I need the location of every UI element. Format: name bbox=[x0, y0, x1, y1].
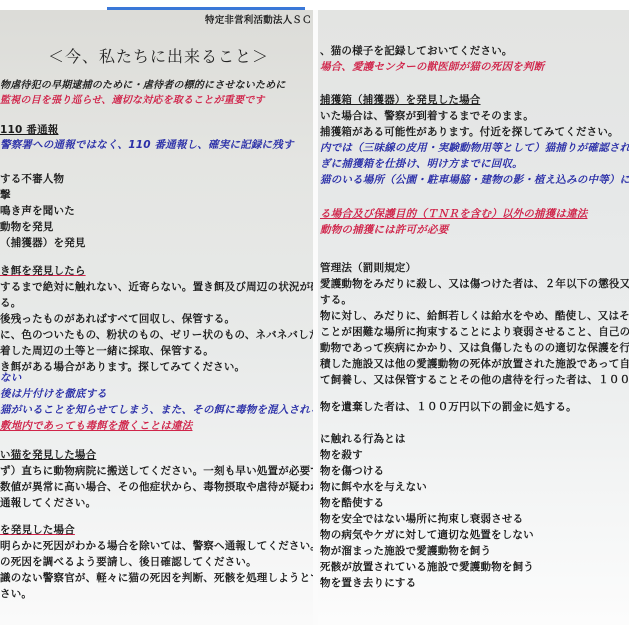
trap-warning: る場合及び保護目的（ＴＮＲを含む）以外の捕獲は違法 bbox=[320, 208, 588, 221]
trap-note: 猫のいる場所（公園・駐車場脇・建物の影・植え込みの中等）に仕掛け bbox=[320, 174, 629, 187]
list-item: 死骸が放置されている施設で愛護動物を飼う bbox=[320, 561, 534, 574]
paragraph-line: て飼養し、又は保管することその他の虐待を行った者は、１００万円以 bbox=[320, 374, 629, 387]
list-item: 物の病気やケガに対して適切な処置をしない bbox=[320, 529, 534, 542]
paragraph-line: の死因を調べるよう要請し、後日確認してください。 bbox=[0, 556, 257, 569]
list-item: 動物を発見 bbox=[0, 221, 54, 234]
trap-note: ぎに捕獲箱を仕掛け、明け方までに回収。 bbox=[320, 158, 523, 171]
trap-note: 内では（三味線の皮用・実験動物用等として）猫捕りが確認されてい bbox=[320, 142, 629, 155]
bait-note: 後は片付けを徹底する bbox=[0, 388, 107, 401]
paragraph-line: するまで絶対に触れない、近寄らない。置き餌及び周辺の状況が確認で bbox=[0, 281, 313, 294]
list-item: 物に餌や水を与えない bbox=[320, 481, 427, 494]
document-title: ＜今、私たちに出来ること＞ bbox=[48, 50, 269, 63]
paragraph-line: 識のない警察官が、軽々に猫の死因を判断、死骸を処理しようとするこ bbox=[0, 572, 313, 585]
paragraph-line: 明らかに死因がわかる場合を除いては、警察へ通報してください。 bbox=[0, 540, 313, 553]
paragraph-line: 、猫の様子を記録しておいてください。 bbox=[320, 45, 513, 58]
section-heading-bait: き餌を発見したら bbox=[0, 265, 86, 278]
paragraph-line: 捕獲箱がある可能性があります。付近を探してみてください。 bbox=[320, 126, 619, 139]
paragraph-line: に、色のついたもの、粉状のもの、ゼリー状のもの、ネバネバしたもの bbox=[0, 329, 313, 342]
paragraph-line: ず）直ちに動物病院に搬送してください。一刻も早い処置が必要です。 bbox=[0, 465, 313, 478]
paragraph-line: き餌がある場合があります。探してみてください。 bbox=[0, 361, 245, 374]
paragraph-line: ことが困難な場所に拘束することにより衰弱させること、自己の飼養 bbox=[320, 326, 629, 339]
document-page-right: 、猫の様子を記録しておいてください。 場合、愛護センターの獣医師が猫の死因を判断… bbox=[318, 10, 629, 625]
paragraph-line: 着した周辺の土等と一緒に採取、保管する。 bbox=[0, 345, 214, 358]
red-note: 場合、愛護センターの獣医師が猫の死因を判断 bbox=[320, 61, 544, 74]
subtitle: 物虐待犯の早期逮捕のために・虐待者の標的にさせないために bbox=[0, 79, 286, 92]
paragraph-line: 積した施設又は他の愛護動物の死体が放置された施設であって自己 bbox=[320, 358, 629, 371]
bait-warning: 敷地内であっても毒餌を撒くことは違法 bbox=[0, 420, 193, 433]
organization-name: 特定非営利活動法人ＳＣ bbox=[205, 14, 312, 27]
paragraph-line: 後残ったものがあればすべて回収し、保管する。 bbox=[0, 313, 235, 326]
list-item: 鳴き声を聞いた bbox=[0, 205, 75, 218]
list-item: 物を酷使する bbox=[320, 497, 384, 510]
list-item: 物を傷つける bbox=[320, 465, 384, 478]
bait-note: 猫がいることを知らせてしまう、また、その餌に毒物を混入される bbox=[0, 404, 313, 417]
list-item: （捕獲器）を発見 bbox=[0, 237, 86, 250]
paragraph-line: 通報してください。 bbox=[0, 497, 96, 510]
document-page-left: 特定非営利活動法人ＳＣ ＜今、私たちに出来ること＞ 物虐待犯の早期逮捕のために・… bbox=[0, 10, 313, 625]
paragraph-line: いた場合は、警察が到着するまでそのまま。 bbox=[320, 110, 534, 123]
paragraph-line: 愛護動物をみだりに殺し、又は傷つけた者は、２年以下の懲役又は２０ bbox=[320, 278, 629, 291]
paragraph-line: する。 bbox=[320, 294, 352, 307]
paragraph-line: さい。 bbox=[0, 588, 32, 601]
section-heading-110: 110 番通報 bbox=[0, 124, 58, 137]
trap-warning: 動物の捕獲には許可が必要 bbox=[320, 224, 448, 237]
paragraph-line: 動物であって疾病にかかり、又は負傷したものの適切な保護を行わな bbox=[320, 342, 629, 355]
paragraph-line: 物に対し、みだりに、給餌若しくは給水をやめ、酷使し、又はその健 bbox=[320, 310, 629, 323]
paragraph-line: る。 bbox=[0, 297, 21, 310]
paragraph-line: 物を遺棄した者は、１００万円以下の罰金に処する。 bbox=[320, 401, 577, 414]
section-heading-sick-cat: い猫を発見した場合 bbox=[0, 449, 96, 462]
list-item: 物を殺す bbox=[320, 449, 363, 462]
list-item: 物を置き去りにする bbox=[320, 577, 416, 590]
list-item: 物を安全ではない場所に拘束し衰弱させる bbox=[320, 513, 523, 526]
section-110-note: 警察署への通報ではなく、110 番通報し、確実に記録に残す bbox=[0, 139, 294, 152]
subtitle-emphasis: 監視の目を張り巡らせ、適切な対応を取ることが重要です bbox=[0, 94, 265, 107]
bait-note: ない bbox=[0, 372, 21, 385]
list-item: する不審人物 bbox=[0, 173, 64, 186]
list-item: 撃 bbox=[0, 189, 11, 202]
paragraph-line: 数値が異常に高い場合、その他症状から、毒物摂取や虐待が疑われる場 bbox=[0, 481, 313, 494]
list-item: 物が溜まった施設で愛護動物を飼う bbox=[320, 545, 491, 558]
section-heading-dead-cat: を発見した場合 bbox=[0, 524, 75, 537]
section-heading-law: 管理法（罰則規定） bbox=[320, 262, 416, 275]
section-heading-abuse-acts: に触れる行為とは bbox=[320, 433, 406, 446]
section-heading-trap: 捕獲箱（捕獲器）を発見した場合 bbox=[320, 94, 481, 107]
